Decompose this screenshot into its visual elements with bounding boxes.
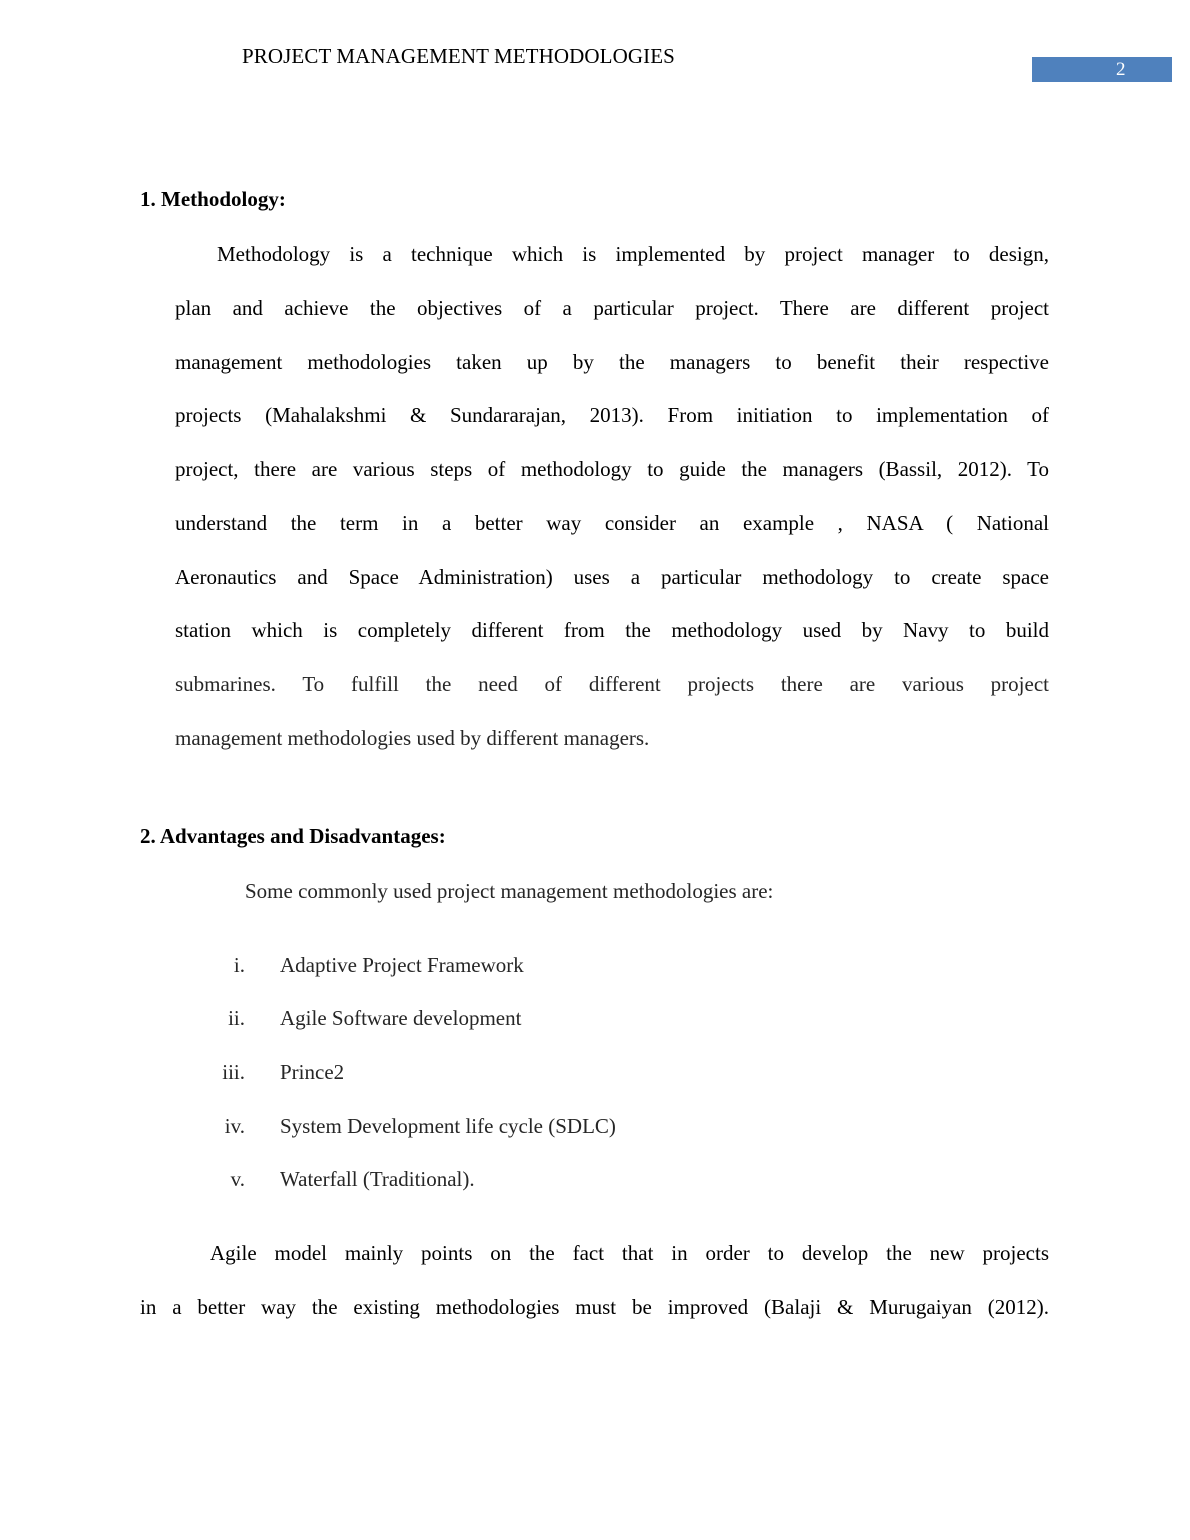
paragraph-line: understand the term in a better way cons…: [175, 510, 1049, 536]
section-heading-methodology: 1. Methodology:: [140, 187, 286, 212]
list-item-text: Waterfall (Traditional).: [280, 1166, 475, 1192]
list-intro: Some commonly used project management me…: [245, 878, 1049, 904]
list-marker: v.: [175, 1166, 245, 1192]
paragraph-line: station which is completely different fr…: [175, 617, 1049, 643]
paragraph-line: submarines. To fulfill the need of diffe…: [175, 671, 1049, 697]
list-marker: ii.: [175, 1005, 245, 1031]
paragraph-line: Methodology is a technique which is impl…: [217, 241, 1049, 267]
paragraph-line: Aeronautics and Space Administration) us…: [175, 564, 1049, 590]
paragraph-line: projects (Mahalakshmi & Sundararajan, 20…: [175, 402, 1049, 428]
list-item-text: System Development life cycle (SDLC): [280, 1113, 616, 1139]
paragraph-line: plan and achieve the objectives of a par…: [175, 295, 1049, 321]
paragraph-line: project, there are various steps of meth…: [175, 456, 1049, 482]
paragraph-line: management methodologies used by differe…: [175, 725, 1049, 751]
paragraph-line: Agile model mainly points on the fact th…: [210, 1240, 1049, 1266]
list-marker: iii.: [175, 1059, 245, 1085]
section-heading-advantages: 2. Advantages and Disadvantages:: [140, 824, 446, 849]
page-number: 2: [1116, 57, 1126, 82]
list-marker: i.: [175, 952, 245, 978]
page-number-badge: 2: [1032, 57, 1172, 82]
running-header-title: PROJECT MANAGEMENT METHODOLOGIES: [242, 44, 675, 69]
list-item-text: Prince2: [280, 1059, 344, 1085]
list-item-text: Agile Software development: [280, 1005, 521, 1031]
paragraph-line: in a better way the existing methodologi…: [140, 1294, 1049, 1320]
list-item-text: Adaptive Project Framework: [280, 952, 524, 978]
paragraph-line: management methodologies taken up by the…: [175, 349, 1049, 375]
list-marker: iv.: [175, 1113, 245, 1139]
